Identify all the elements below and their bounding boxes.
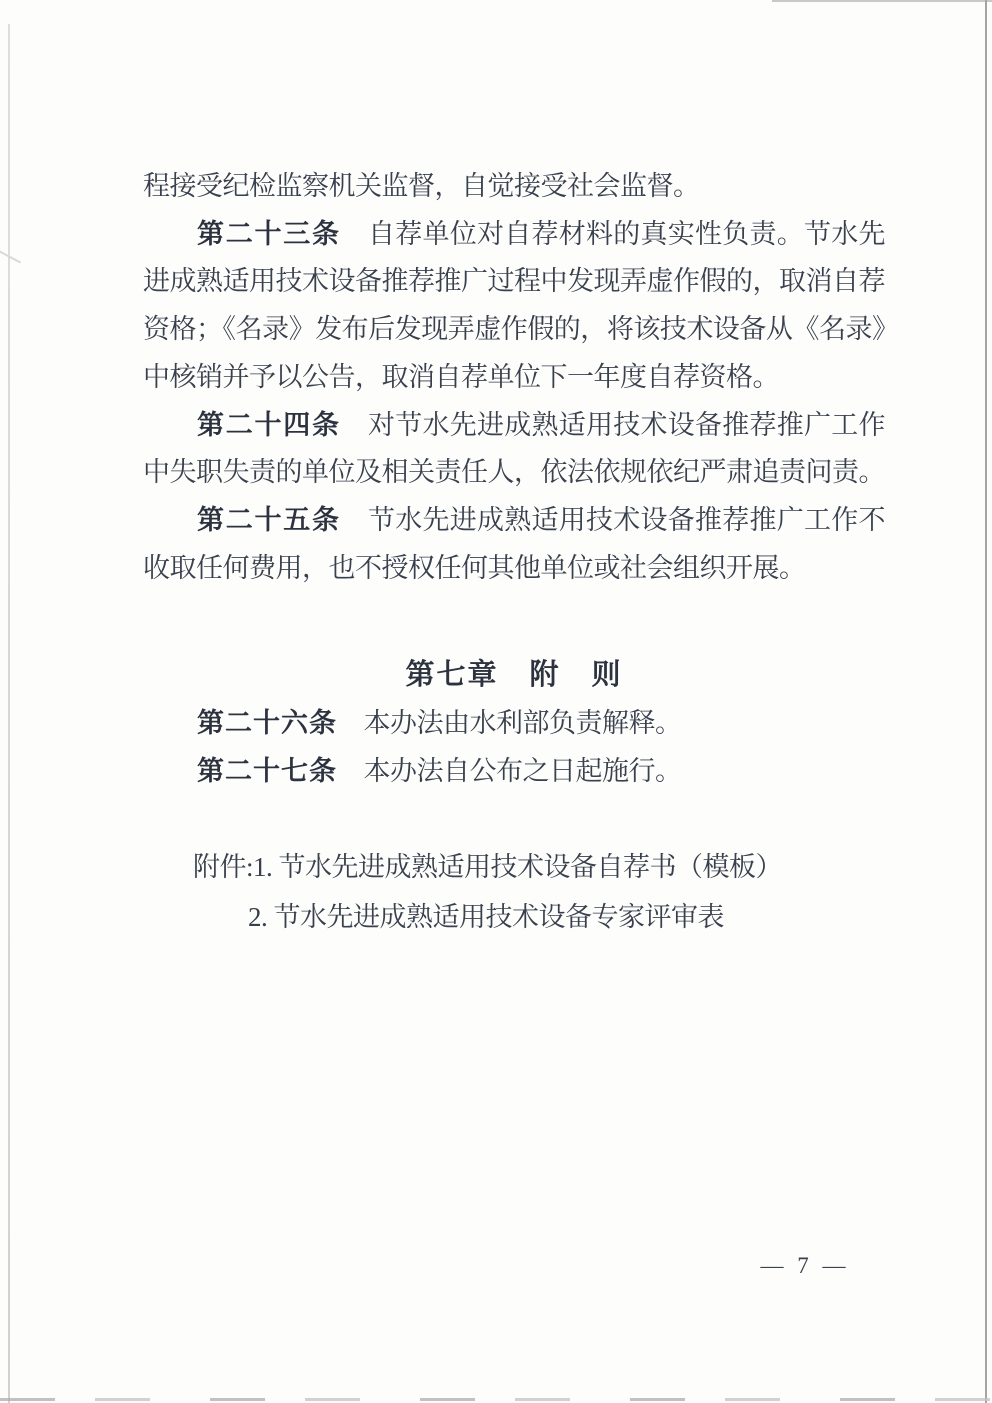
article-26-text: 本办法由水利部负责解释。 [337, 708, 682, 738]
scan-edge-left [8, 24, 10, 1403]
paragraph-continuation: 程接受纪检监察机关监督，自觉接受社会监督。 [143, 163, 885, 211]
attachments-label: 附件: [193, 852, 253, 882]
paragraph-article-25: 第二十五条 节水先进成熟适用技术设备推荐推广工作不收取任何费用，也不授权任何其他… [143, 497, 885, 592]
scan-artifact [0, 250, 21, 263]
chapter-7-heading: 第七章 附 则 [143, 650, 885, 700]
page-number: — 7 — [740, 1250, 870, 1282]
attachments-block: 附件:1. 节水先进成熟适用技术设备自荐书（模板） 2. 节水先进成熟适用技术设… [143, 842, 885, 942]
paragraph-article-24: 第二十四条 对节水先进成熟适用技术设备推荐推广工作中失职失责的单位及相关责任人，… [143, 402, 885, 497]
attachment-item-2: 2. 节水先进成熟适用技术设备专家评审表 [143, 892, 885, 942]
attachment-1-text: 1. 节水先进成熟适用技术设备自荐书（模板） [253, 852, 782, 882]
scan-edge-bottom [0, 1398, 992, 1401]
article-23-number: 第二十三条 [197, 219, 341, 249]
scan-edge-top [772, 0, 992, 2]
scanned-document-page: 程接受纪检监察机关监督，自觉接受社会监督。 第二十三条 自荐单位对自荐材料的真实… [0, 0, 992, 1403]
attachment-item-1: 附件:1. 节水先进成熟适用技术设备自荐书（模板） [143, 842, 885, 892]
scan-edge-right [985, 0, 987, 1403]
attachment-2-text: 2. 节水先进成熟适用技术设备专家评审表 [248, 902, 724, 932]
document-body: 程接受纪检监察机关监督，自觉接受社会监督。 第二十三条 自荐单位对自荐材料的真实… [143, 163, 885, 942]
paragraph-article-23: 第二十三条 自荐单位对自荐材料的真实性负责。节水先进成熟适用技术设备推荐推广过程… [143, 211, 885, 402]
paragraph-article-26: 第二十六条 本办法由水利部负责解释。 [143, 700, 885, 748]
article-25-number: 第二十五条 [197, 505, 341, 535]
article-27-text: 本办法自公布之日起施行。 [337, 756, 682, 786]
paragraph-article-27: 第二十七条 本办法自公布之日起施行。 [143, 748, 885, 796]
article-26-number: 第二十六条 [197, 708, 337, 738]
paragraph-text: 程接受纪检监察机关监督，自觉接受社会监督。 [143, 171, 700, 201]
article-27-number: 第二十七条 [197, 756, 337, 786]
article-24-number: 第二十四条 [197, 410, 341, 440]
